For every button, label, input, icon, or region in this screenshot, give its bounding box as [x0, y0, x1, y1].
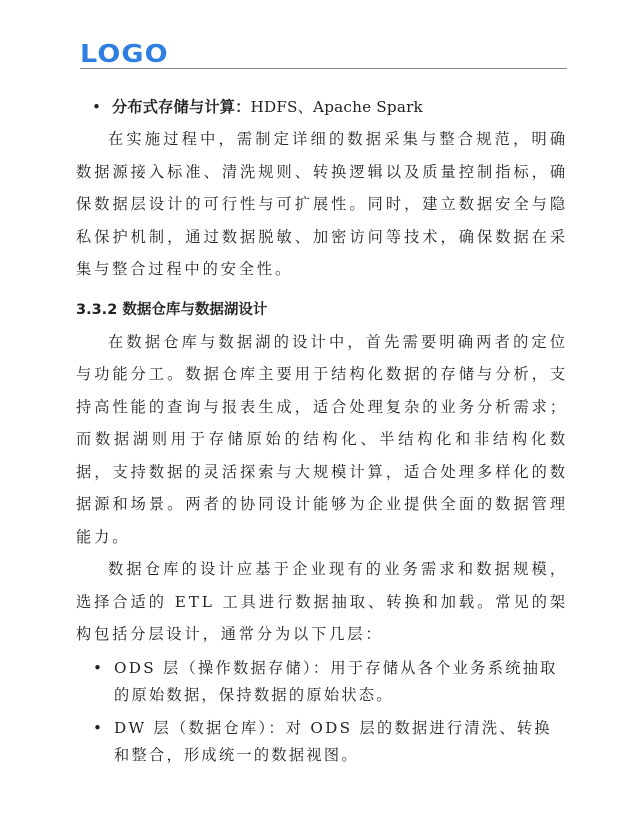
bullet-icon: •: [92, 92, 101, 123]
list-item-ods: • ODS 层（操作数据存储）：用于存储从各个业务系统抽取的原始数据，保持数据的…: [76, 655, 568, 709]
layer-list: • ODS 层（操作数据存储）：用于存储从各个业务系统抽取的原始数据，保持数据的…: [76, 655, 568, 769]
bullet-icon: •: [93, 655, 104, 682]
bullet-label: 分布式存储与计算：: [112, 98, 251, 116]
document-body: •分布式存储与计算：HDFS、Apache Spark 在实施过程中，需制定详细…: [76, 92, 568, 775]
list-item-text: ODS 层（操作数据存储）：用于存储从各个业务系统抽取的原始数据，保持数据的原始…: [114, 659, 558, 704]
paragraph-implementation: 在实施过程中，需制定详细的数据采集与整合规范，明确数据源接入标准、清洗规则、转换…: [76, 123, 568, 286]
list-item-dw: • DW 层（数据仓库）：对 ODS 层的数据进行清洗、转换和整合，形成统一的数…: [76, 715, 568, 769]
paragraph-warehouse-design: 数据仓库的设计应基于企业现有的业务需求和数据规模，选择合适的 ETL 工具进行数…: [76, 553, 568, 651]
bullet-value: HDFS、Apache Spark: [251, 98, 423, 116]
section-heading: 3.3.2 数据仓库与数据湖设计: [76, 298, 568, 322]
logo: LOGO: [80, 40, 169, 68]
page-header: LOGO: [80, 38, 566, 70]
bullet-icon: •: [93, 715, 104, 742]
section-title: 数据仓库与数据湖设计: [122, 302, 267, 318]
section-number: 3.3.2: [76, 302, 117, 318]
header-divider: [80, 68, 567, 69]
paragraph-warehouse-lake: 在数据仓库与数据湖的设计中，首先需要明确两者的定位与功能分工。数据仓库主要用于结…: [76, 326, 568, 554]
intro-bullet-item: •分布式存储与计算：HDFS、Apache Spark: [76, 92, 568, 123]
list-item-text: DW 层（数据仓库）：对 ODS 层的数据进行清洗、转换和整合，形成统一的数据视…: [114, 719, 552, 764]
